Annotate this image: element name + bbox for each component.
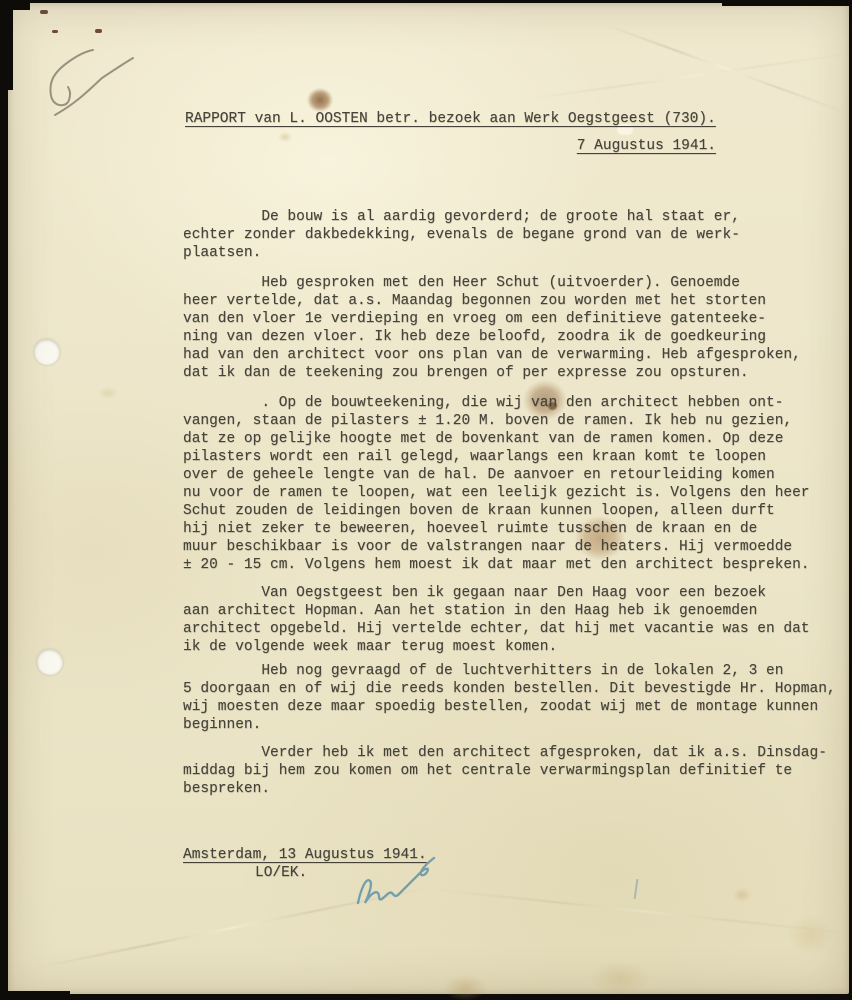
- faint-stain: [787, 916, 833, 954]
- dark-speck: [52, 30, 58, 33]
- punch-hole: [37, 649, 63, 675]
- paragraph-4: Van Oegstgeest ben ik gegaan naar Den Ha…: [183, 584, 810, 656]
- faint-stain: [443, 975, 487, 1000]
- ink-stroke: [634, 879, 639, 899]
- report-date: 7 Augustus 1941.: [185, 137, 716, 155]
- dark-speck: [40, 10, 48, 14]
- scan-edge: [722, 0, 852, 6]
- punch-hole: [34, 339, 60, 365]
- faint-stain: [98, 387, 118, 399]
- scan-edge: [0, 0, 13, 90]
- pencil-scribble: [45, 40, 145, 128]
- paragraph-2: Heb gesproken met den Heer Schut (uitvoe…: [183, 274, 801, 382]
- handwritten-signature: [346, 853, 451, 908]
- crease-line: [603, 23, 848, 114]
- paper-sheet: RAPPORT van L. OOSTEN betr. bezoek aan W…: [8, 3, 849, 994]
- crease-line: [528, 52, 852, 100]
- faint-stain: [590, 961, 650, 995]
- paragraph-6: Verder heb ik met den architect afgespro…: [183, 744, 827, 798]
- dark-speck: [95, 29, 102, 33]
- scan-edge: [0, 991, 70, 1000]
- scanned-document: RAPPORT van L. OOSTEN betr. bezoek aan W…: [0, 0, 852, 1000]
- paragraph-3: . Op de bouwteekening, die wij van den a…: [183, 394, 810, 574]
- report-title: RAPPORT van L. OOSTEN betr. bezoek aan W…: [185, 110, 716, 128]
- paragraph-1: De bouw is al aardig gevorderd; de groot…: [183, 208, 740, 262]
- ink-stain: [307, 88, 333, 112]
- closing-initials: LO/EK.: [255, 864, 307, 882]
- faint-stain: [733, 888, 751, 902]
- paragraph-5: Heb nog gevraagd of de luchtverhitters i…: [183, 662, 836, 734]
